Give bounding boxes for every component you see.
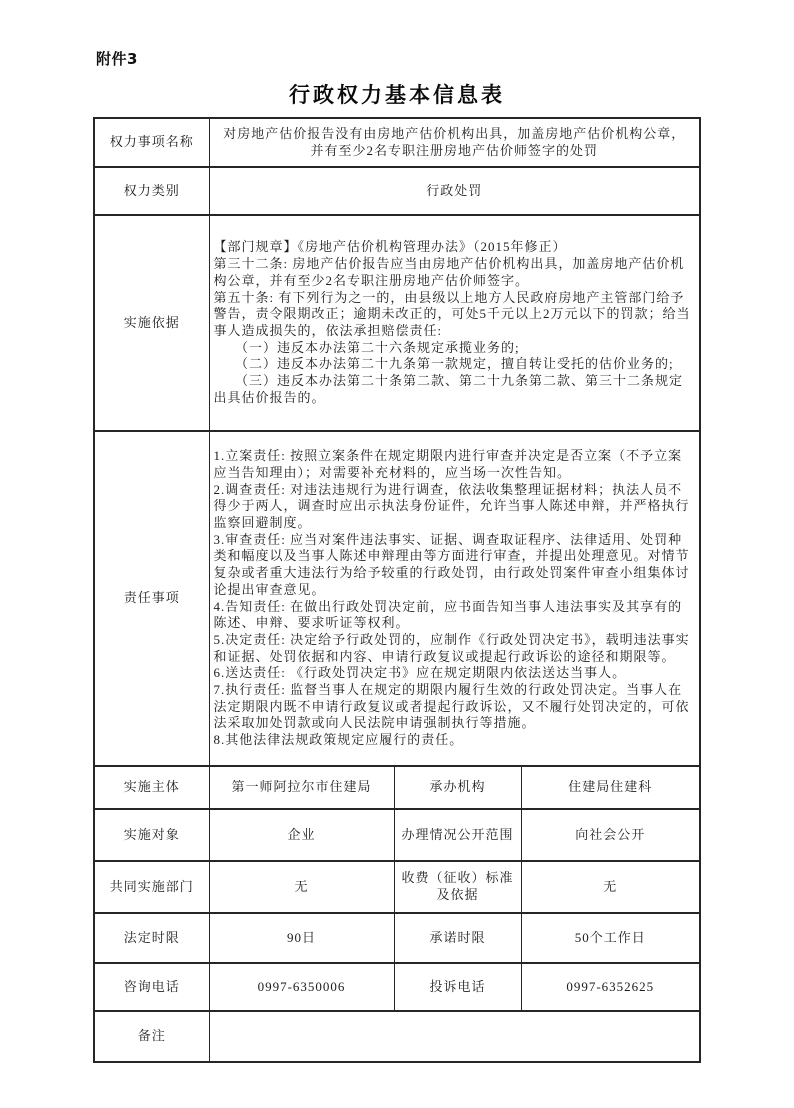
cell-fee-standard: 无 — [521, 861, 700, 913]
page-title: 行政权力基本信息表 — [0, 79, 794, 109]
table-row: 法定时限 90日 承诺时限 50个工作日 — [94, 913, 700, 963]
cell-complaint-phone: 0997-6352625 — [521, 963, 700, 1011]
row-label-responsibility-items: 责任事项 — [94, 431, 209, 766]
table-row: 权力类别 行政处罚 — [94, 167, 700, 215]
row-label-remarks: 备注 — [94, 1011, 209, 1062]
cell-power-category: 行政处罚 — [209, 167, 700, 215]
table-row: 咨询电话 0997-6350006 投诉电话 0997-6352625 — [94, 963, 700, 1011]
cell-implementation-basis: 【部门规章】《房地产估价机构管理办法》（2015年修正） 第三十二条: 房地产估… — [209, 215, 700, 431]
row-label-implementation-basis: 实施依据 — [94, 215, 209, 431]
row-label-implementation-target: 实施对象 — [94, 809, 209, 861]
table-row: 实施依据 【部门规章】《房地产估价机构管理办法》（2015年修正） 第三十二条:… — [94, 215, 700, 431]
cell-undertaking-agency: 住建局住建科 — [521, 766, 700, 809]
cell-remarks — [209, 1011, 700, 1062]
cell-power-item-name: 对房地产估价报告没有由房地产估价机构出具，加盖房地产估价机构公章， 并有至少2名… — [209, 118, 700, 167]
cell-responsibility-items: 1.立案责任: 按照立案条件在规定期限内进行审查并决定是否立案（不予立案应当告知… — [209, 431, 700, 766]
row-label-complaint-phone: 投诉电话 — [394, 963, 521, 1011]
table-row: 共同实施部门 无 收费（征收）标准 及依据 无 — [94, 861, 700, 913]
table-row: 实施对象 企业 办理情况公开范围 向社会公开 — [94, 809, 700, 861]
table-row: 责任事项 1.立案责任: 按照立案条件在规定期限内进行审查并决定是否立案（不予立… — [94, 431, 700, 766]
cell-implementing-body: 第一师阿拉尔市住建局 — [209, 766, 394, 809]
row-label-consultation-phone: 咨询电话 — [94, 963, 209, 1011]
document-page: 附件3 行政权力基本信息表 权力事项名称 对房地产估价报告没有由房地产估价机构出… — [0, 0, 794, 1108]
table-row: 备注 — [94, 1011, 700, 1062]
cell-implementation-target: 企业 — [209, 809, 394, 861]
row-label-fee-standard: 收费（征收）标准 及依据 — [394, 861, 521, 913]
row-label-statutory-time-limit: 法定时限 — [94, 913, 209, 963]
row-label-promised-time-limit: 承诺时限 — [394, 913, 521, 963]
row-label-implementing-body: 实施主体 — [94, 766, 209, 809]
cell-consultation-phone: 0997-6350006 — [209, 963, 394, 1011]
row-label-joint-departments: 共同实施部门 — [94, 861, 209, 913]
cell-statutory-time-limit: 90日 — [209, 913, 394, 963]
table-row: 实施主体 第一师阿拉尔市住建局 承办机构 住建局住建科 — [94, 766, 700, 809]
cell-promised-time-limit: 50个工作日 — [521, 913, 700, 963]
info-table: 权力事项名称 对房地产估价报告没有由房地产估价机构出具，加盖房地产估价机构公章，… — [93, 117, 701, 1063]
row-label-disclosure-scope: 办理情况公开范围 — [394, 809, 521, 861]
table-row: 权力事项名称 对房地产估价报告没有由房地产估价机构出具，加盖房地产估价机构公章，… — [94, 118, 700, 167]
row-label-undertaking-agency: 承办机构 — [394, 766, 521, 809]
attachment-label: 附件3 — [96, 48, 138, 69]
row-label-power-item-name: 权力事项名称 — [94, 118, 209, 167]
cell-joint-departments: 无 — [209, 861, 394, 913]
row-label-power-category: 权力类别 — [94, 167, 209, 215]
cell-disclosure-scope: 向社会公开 — [521, 809, 700, 861]
